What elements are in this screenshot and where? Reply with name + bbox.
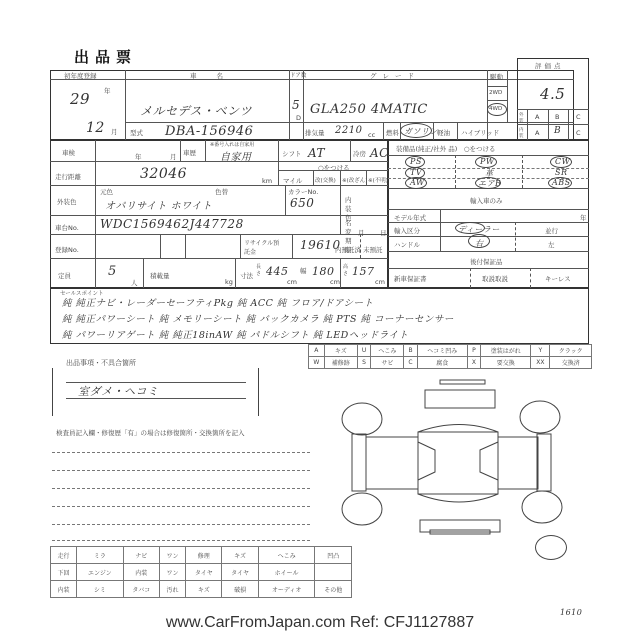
sheet-title: 出品票 bbox=[74, 46, 137, 67]
car-name-label: 車名 bbox=[190, 71, 243, 80]
mileage-label: 走行距離 bbox=[55, 172, 81, 181]
drive-label: 駆動 bbox=[490, 72, 503, 81]
sales-point-line-1: 純 純正ナビ・レーダーセーフティPkg 純 ACC 純 フロア/ドアシート bbox=[62, 295, 373, 309]
doors-value: 5 bbox=[292, 98, 300, 112]
import-only-label: 輸入車のみ bbox=[470, 196, 503, 205]
warranty-section-label: 後付保証品 bbox=[470, 257, 503, 266]
grade-label: グレード bbox=[370, 71, 420, 80]
ac-value: AC bbox=[370, 146, 389, 160]
notes-value: 室ダメ・ヘコミ bbox=[78, 383, 159, 399]
exterior-color-value: オパリサイト ホワイト bbox=[105, 197, 212, 212]
model-code-value: DBA-156946 bbox=[165, 124, 253, 139]
grade-value: GLA250 4MATIC bbox=[310, 102, 428, 117]
score-label: 評価点 bbox=[535, 61, 564, 70]
history-value: 自家用 bbox=[220, 148, 252, 163]
ac-label: 冷房 bbox=[353, 149, 366, 158]
inspection-label: 車検 bbox=[62, 148, 75, 157]
fuel-label: 燃料 bbox=[386, 128, 399, 137]
width-value: 180 bbox=[312, 265, 335, 278]
height-value: 157 bbox=[352, 265, 375, 278]
first-registration-label: 初年度登録 bbox=[64, 71, 97, 80]
mileage-value: 32046 bbox=[140, 166, 187, 182]
reg-no-label: 登録No. bbox=[55, 245, 79, 254]
reference-footer: www.CarFromJapan.com Ref: CFJ1127887 bbox=[0, 614, 640, 632]
exterior-color-label: 外装色 bbox=[57, 197, 77, 206]
sales-point-line-3: 純 パワーリアゲート 純 純正18inAW 純 パドルシフト 純 LEDヘッドラ… bbox=[62, 327, 409, 341]
equip-sr: SR bbox=[555, 168, 568, 177]
shift-label: シフト bbox=[282, 149, 302, 158]
vin-label: 車台No. bbox=[55, 223, 79, 232]
score-value: 4.5 bbox=[540, 85, 565, 103]
capacity-label: 定員 bbox=[58, 271, 71, 280]
model-code-label: 型式 bbox=[130, 128, 143, 137]
condition-table: 走行 ミラ ナビ ワン 修理 キズ へこみ 凹凸 下回 エンジン 内装 ワン タ… bbox=[50, 546, 352, 598]
history-label: 車歴 bbox=[183, 148, 196, 157]
spare-tire-icon bbox=[535, 535, 567, 560]
interior-grade-selected: B bbox=[554, 126, 561, 136]
notes-label: 出品事項・不具合箇所 bbox=[66, 358, 136, 368]
sales-point-line-2: 純 純正パワーシート 純 メモリーシート 純 バックカメラ 純 PTS 純 コー… bbox=[62, 311, 454, 325]
first-registration-month: 12 bbox=[86, 120, 105, 136]
doors-label: ドア数 bbox=[290, 71, 306, 79]
capacity-value: 5 bbox=[108, 264, 117, 279]
damage-legend: Aキズ Uへこみ Bヘコミ凹み P塗装はがれ Yクラック W補修跡 Sサビ C腐… bbox=[308, 344, 592, 369]
color-number: 650 bbox=[290, 196, 314, 210]
first-registration-year: 29 bbox=[70, 90, 90, 108]
equipment-label: 装備品(純正/社外 品) ○をつける bbox=[396, 144, 496, 153]
length-value: 445 bbox=[266, 265, 289, 278]
vin-value: WDC1569462J447728 bbox=[100, 217, 244, 231]
car-name-value: メルセデス・ベンツ bbox=[140, 102, 252, 119]
shift-value: AT bbox=[308, 146, 325, 160]
displacement-label: 排気量 bbox=[305, 128, 325, 137]
car-diagram bbox=[320, 372, 610, 552]
inspector-notes-label: 検査員記入欄・修復歴「有」の場合は修復箇所・交換箇所を記入 bbox=[56, 428, 245, 437]
displacement-value: 2210 bbox=[335, 125, 362, 136]
